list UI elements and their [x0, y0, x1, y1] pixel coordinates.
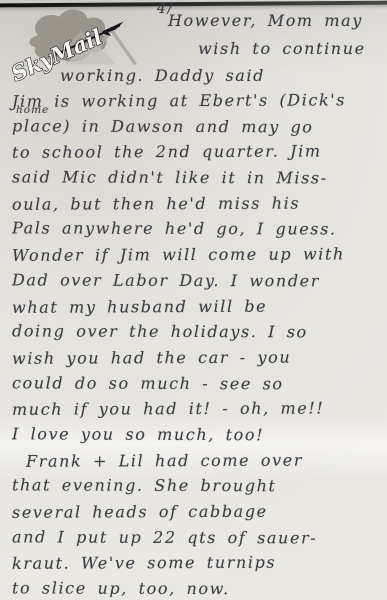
letter-line: Jim is working at Ebert's (Dick's: [12, 87, 385, 114]
letter-line: several heads of cabbage: [12, 498, 385, 525]
letter-line: place) in Dawson and may go: [12, 113, 385, 140]
letter-line: oula, but then he'd miss his: [12, 190, 385, 217]
letter-line: that evening. She brought: [12, 473, 385, 500]
letter-body: Jim is working at Ebert's (Dick's place)…: [12, 88, 385, 600]
letter-line: Pals anywhere he'd go, I guess.: [12, 216, 385, 243]
letter-page: SkyMail 4/ However, Mom may wish to cont…: [0, 0, 387, 600]
letter-line: kraut. We've some turnips: [12, 550, 385, 577]
letter-line: wish you had the car - you: [12, 344, 385, 371]
letter-line: Frank + Lil had come over: [12, 447, 385, 474]
letter-line: wish to continue: [198, 39, 366, 58]
letter-line: Dad over Labor Day. I wonder: [12, 267, 385, 294]
letter-line: could do so much - see so: [12, 370, 385, 397]
letter-line: working. Daddy said: [60, 66, 265, 85]
letter-line: I love you so much, too!: [12, 421, 385, 448]
letter-line: to slice up, too, now.: [12, 575, 385, 600]
letter-line: much if you had it! - oh, me!!: [12, 395, 385, 422]
letter-line: and I put up 22 qts of sauer-: [12, 524, 385, 551]
letter-line: However, Mom may: [168, 11, 363, 30]
letter-line: doing over the holidays. I so: [12, 319, 385, 346]
letter-line: what my husband will be: [12, 293, 385, 320]
letter-line: to school the 2nd quarter. Jim: [12, 139, 385, 166]
letter-line: Wonder if Jim will come up with: [12, 241, 385, 268]
letter-line: said Mic didn't like it in Miss-: [12, 164, 385, 191]
